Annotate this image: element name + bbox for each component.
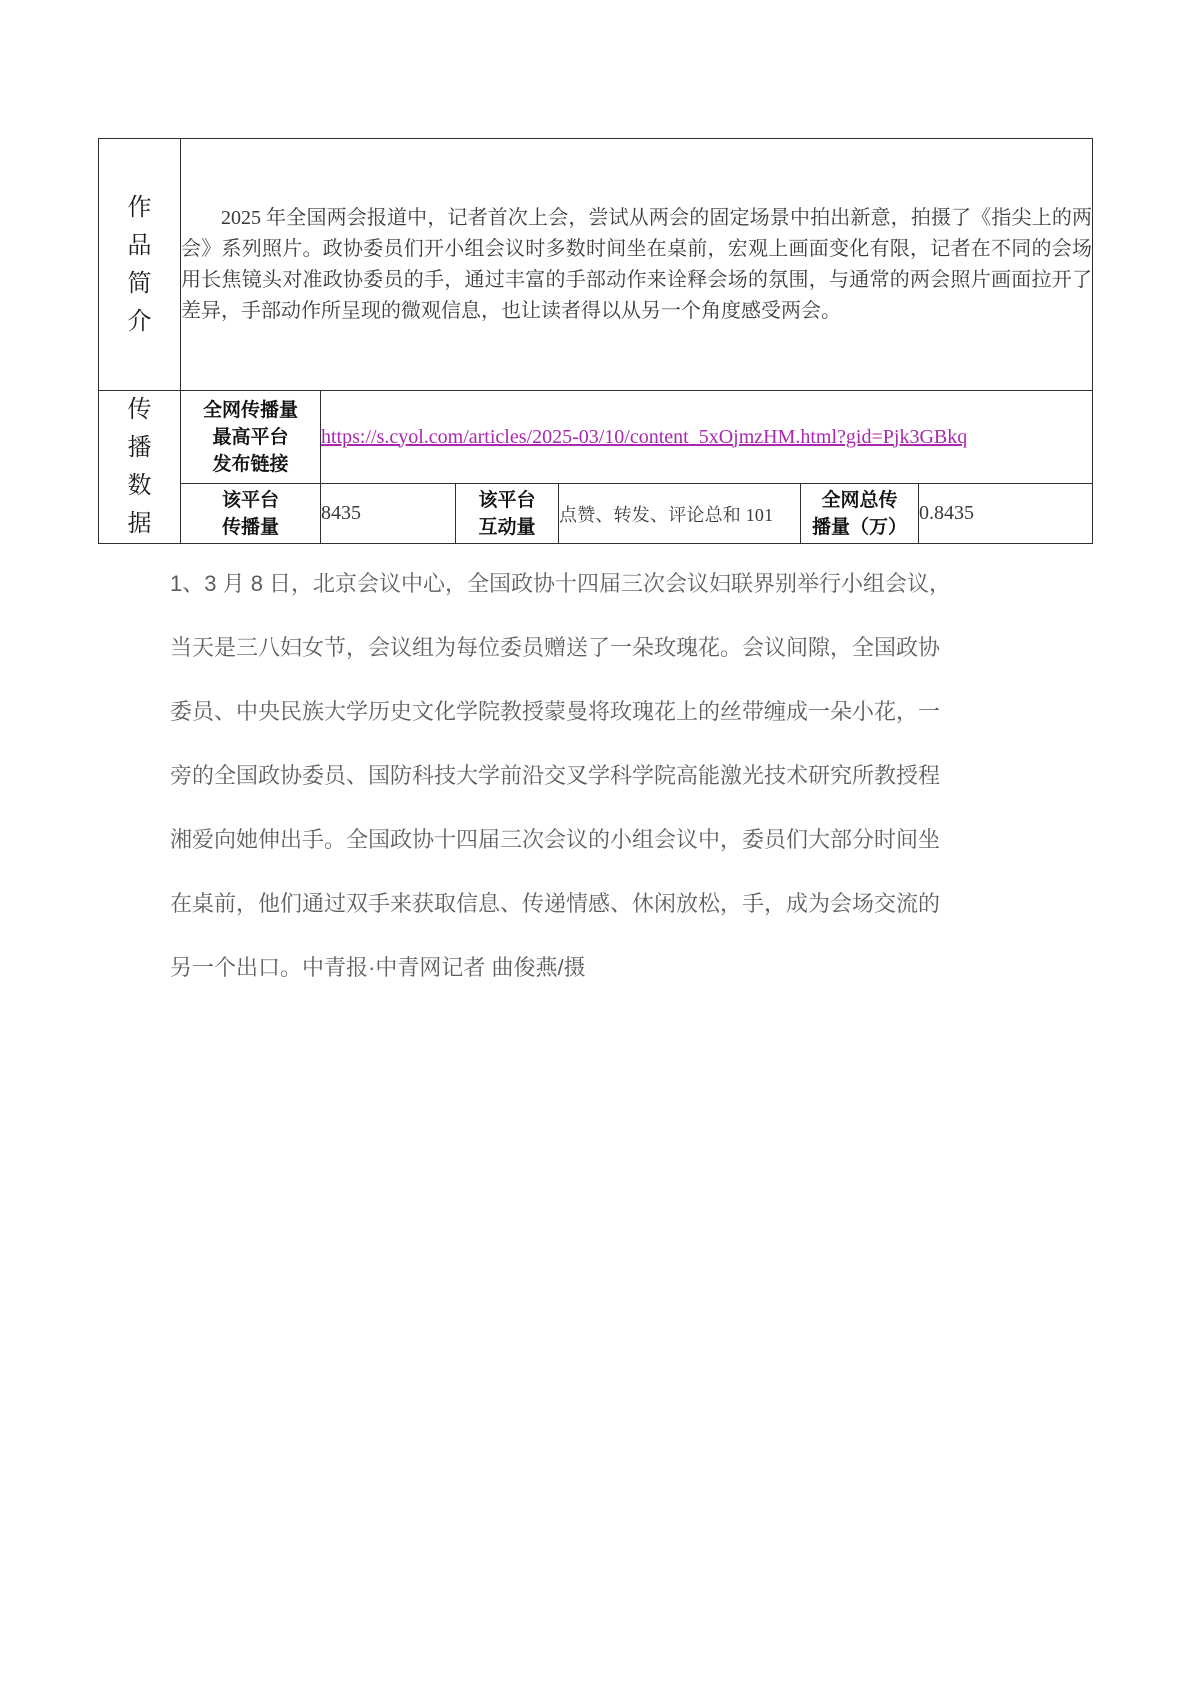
platform-spread-label-line: 传播量 (181, 514, 320, 541)
caption-line: 当天是三八妇女节，会议组为每位委员赠送了一朵玫瑰花。会议间隙，全国政协 (170, 616, 970, 680)
platform-interaction-label-line: 该平台 (456, 487, 558, 514)
link-cell: https://s.cyol.com/articles/2025-03/10/c… (321, 391, 1093, 484)
platform-spread-label-line: 该平台 (181, 487, 320, 514)
total-spread-label-cell: 全网总传 播量（万） (801, 484, 919, 544)
caption-line: 另一个出口。中青报·中青网记者 曲俊燕/摄 (170, 936, 970, 1000)
work-intro-cell: 2025 年全国两会报道中，记者首次上会，尝试从两会的固定场景中拍出新意，拍摄了… (181, 139, 1093, 391)
link-label-line: 全网传播量 (181, 397, 320, 424)
info-table: 作品简介 2025 年全国两会报道中，记者首次上会，尝试从两会的固定场景中拍出新… (98, 138, 1093, 544)
platform-spread-value: 8435 (321, 484, 456, 544)
platform-interaction-label-line: 互动量 (456, 514, 558, 541)
caption-line: 在桌前，他们通过双手来获取信息、传递情感、休闲放松，手，成为会场交流的 (170, 872, 970, 936)
total-spread-label-line: 全网总传 (801, 487, 918, 514)
row-label-work-intro: 作品简介 (99, 139, 181, 391)
document-page: 作品简介 2025 年全国两会报道中，记者首次上会，尝试从两会的固定场景中拍出新… (0, 0, 1190, 1683)
platform-interaction-label-cell: 该平台 互动量 (456, 484, 559, 544)
row-label-spread-data: 传播数据 (99, 391, 181, 544)
link-label-cell: 全网传播量 最高平台 发布链接 (181, 391, 321, 484)
caption-line: 委员、中央民族大学历史文化学院教授蒙曼将玫瑰花上的丝带缠成一朵小花，一 (170, 680, 970, 744)
platform-spread-label-cell: 该平台 传播量 (181, 484, 321, 544)
work-intro-label: 作品简介 (127, 189, 152, 341)
caption-line: 湘爱向她伸出手。全国政协十四届三次会议的小组会议中，委员们大部分时间坐 (170, 808, 970, 872)
link-label-line: 最高平台 (181, 424, 320, 451)
spread-data-label: 传播数据 (127, 391, 152, 543)
photo-caption: 1、3 月 8 日，北京会议中心，全国政协十四届三次会议妇联界别举行小组会议， … (170, 552, 970, 1000)
article-link[interactable]: https://s.cyol.com/articles/2025-03/10/c… (321, 424, 967, 451)
total-spread-label-line: 播量（万） (801, 514, 918, 541)
caption-line: 旁的全国政协委员、国防科技大学前沿交叉学科学院高能激光技术研究所教授程 (170, 744, 970, 808)
total-spread-value: 0.8435 (919, 484, 1093, 544)
link-label-line: 发布链接 (181, 451, 320, 478)
platform-interaction-value: 点赞、转发、评论总和 101 (559, 484, 801, 544)
caption-line: 1、3 月 8 日，北京会议中心，全国政协十四届三次会议妇联界别举行小组会议， (170, 552, 970, 616)
work-intro-paragraph: 2025 年全国两会报道中，记者首次上会，尝试从两会的固定场景中拍出新意，拍摄了… (181, 203, 1092, 327)
